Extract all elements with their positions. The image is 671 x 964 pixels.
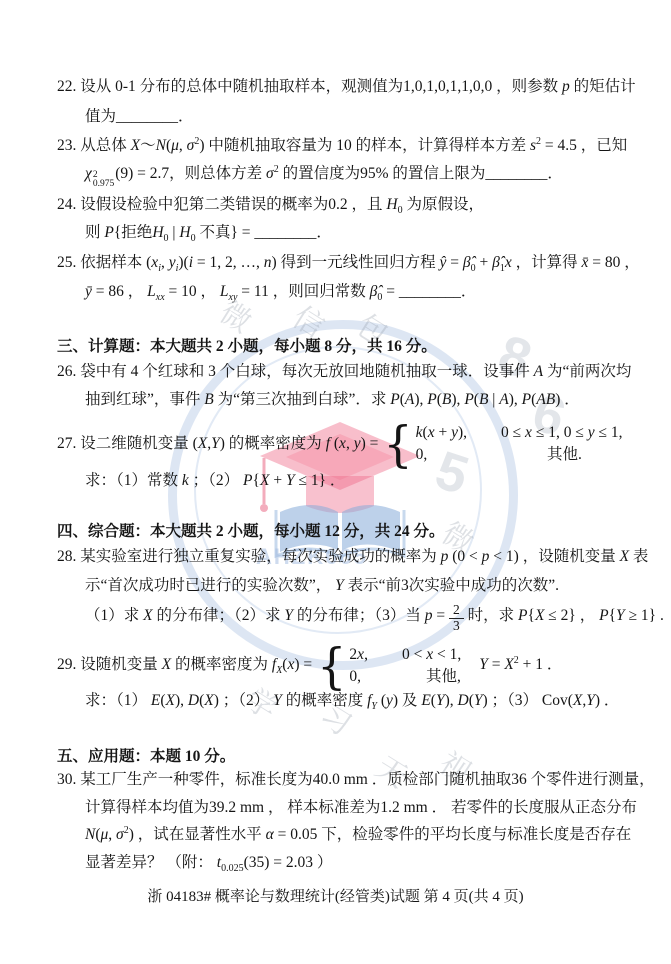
- q29-case1-cond: 0 < x < 1,: [402, 644, 461, 666]
- question-27-line-2: 求：（1）常数 k ；（2） P{X + Y ≤ 1} ．: [85, 470, 345, 492]
- question-28-line-1: 28. 某实验室进行独立重复实验，每次实验成功的概率为 p (0 < p < 1…: [57, 546, 648, 568]
- question-29-formula: 29. 设随机变量 X 的概率密度为 fX(x) = { 2x, 0 < x <…: [57, 644, 562, 688]
- q27-case1-expr: k(x + y),: [416, 422, 467, 444]
- q29-tail: Y = X2 + 1 ．: [479, 654, 562, 678]
- question-29-line-2: 求：（1） E(X), D(X) ；（2） Y 的概率密度 fY (y) 及 E…: [85, 690, 619, 714]
- q29-case2-cond: 其他,: [402, 666, 461, 688]
- question-22-line-1: 22. 设从 0-1 分布的总体中随机抽取样本，观测值为1,0,1,0,1,1,…: [57, 76, 636, 98]
- q29-case2-expr: 0,: [349, 666, 368, 688]
- section-4-heading: 四、综合题：本大题共 2 小题，每小题 12 分，共 24 分。: [57, 521, 445, 543]
- q29-case1-expr: 2x,: [349, 644, 368, 666]
- question-23-line-2: χ20.975(9) = 2.7，则总体方差 σ2 的置信度为95% 的置信上限…: [85, 163, 563, 190]
- question-26-line-1: 26. 袋中有 4 个红球和 3 个白球，每次无放回地随机抽取一球．设事件 A …: [57, 361, 631, 383]
- question-30-line-4: 显著差异？ （附： t0.025(35) = 2.03 ）: [85, 852, 332, 876]
- section-5-heading: 五、应用题：本题 10 分。: [57, 746, 235, 768]
- question-23-line-1: 23. 从总体 X～N(μ, σ2) 中随机抽取容量为 10 的样本，计算得样本…: [57, 135, 627, 159]
- question-22-line-2: 值为________．: [85, 106, 194, 128]
- q29-cases: 2x, 0 < x < 1, 0, 其他,: [349, 644, 461, 688]
- question-24-line-1: 24. 设假设检验中犯第二类错误的概率为0.2 ，且 H0 为原假设，: [57, 194, 484, 218]
- question-30-line-2: 计算得样本均值为39.2 mm ， 样本标准差为1.2 mm ． 若零件的长度服…: [85, 797, 637, 819]
- section-3-heading: 三、计算题：本大题共 2 小题，每小题 8 分，共 16 分。: [57, 336, 437, 358]
- q27-case1-cond: 0 ≤ x ≤ 1, 0 ≤ y ≤ 1,: [501, 422, 622, 444]
- left-brace: {: [383, 432, 412, 455]
- q27-case2-cond: 其他.: [501, 444, 622, 466]
- question-26-line-2: 抽到红球”，事件 B 为“第三次抽到白球”．求 P(A), P(B), P(B …: [85, 389, 580, 411]
- question-25-line-2: ȳ = 86 ， Lxx = 10 ， Lxy = 11 ，则回归常数 β̂0 …: [85, 281, 476, 305]
- q29-lead: 29. 设随机变量 X 的概率密度为 fX(x) =: [57, 654, 312, 678]
- exam-page: AHZK665 8 6 5 微 信 包 微 学 习 天 视 22. 设从 0-1…: [0, 0, 671, 964]
- page-footer: 浙 04183# 概率论与数理统计(经管类)试题 第 4 页(共 4 页): [0, 886, 671, 908]
- left-brace: {: [317, 654, 346, 677]
- question-25-line-1: 25. 依据样本 (xi, yi)(i = 1, 2, …, n) 得到一元线性…: [57, 252, 640, 276]
- question-27-formula: 27. 设二维随机变量 (X,Y) 的概率密度为 f (x, y) = { k(…: [57, 422, 622, 466]
- q27-case2-expr: 0,: [416, 444, 467, 466]
- question-28-line-3: （1）求 X 的分布律；（2）求 Y 的分布律；（3）当 p = 23 时，求 …: [85, 603, 664, 634]
- q27-cases: k(x + y), 0 ≤ x ≤ 1, 0 ≤ y ≤ 1, 0, 其他.: [416, 422, 623, 466]
- question-30-line-1: 30. 某工厂生产一种零件，标准长度为40.0 mm ．质检部门随机抽取36 个…: [57, 769, 655, 791]
- question-30-line-3: N(μ, σ2) ，试在显著性水平 α = 0.05 下，检验零件的平均长度与标…: [85, 824, 631, 848]
- question-24-line-2: 则 P{拒绝H0 | H0 不真} = ________．: [85, 222, 332, 246]
- q27-lead: 27. 设二维随机变量 (X,Y) 的概率密度为 f (x, y) =: [57, 433, 378, 455]
- question-28-line-2: 示“首次成功时已进行的实验次数”， Y 表示“前3次实验中成功的次数”.: [85, 575, 559, 597]
